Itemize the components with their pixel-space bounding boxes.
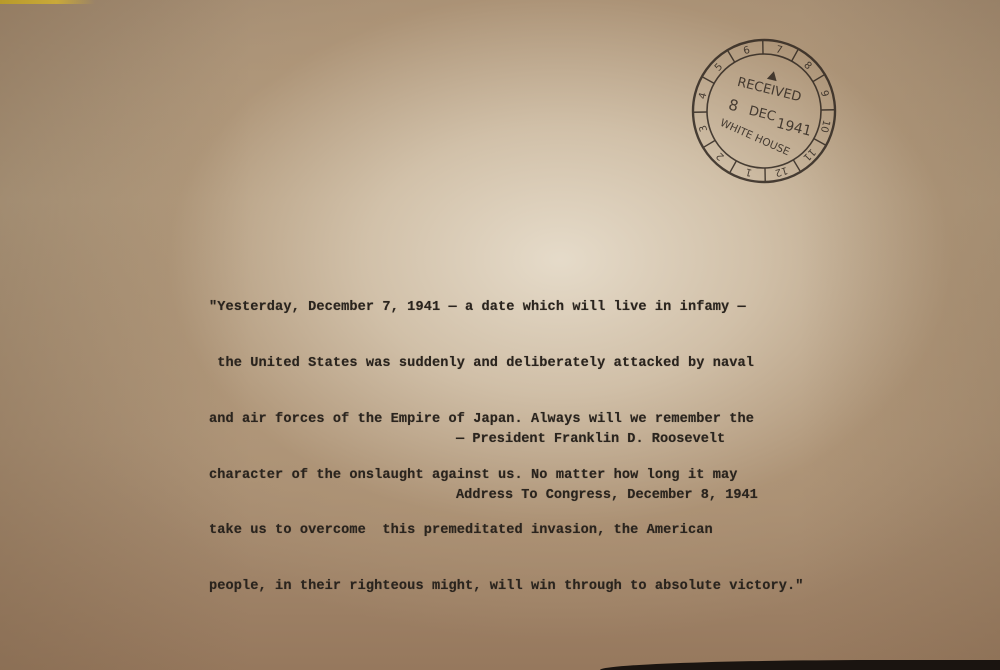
stamp-day: 8 [727, 96, 741, 116]
stamp-month: DEC [747, 104, 777, 125]
top-edge-strip [0, 0, 95, 4]
stamp-ring-number: 7 [775, 44, 784, 56]
quote-line: "Yesterday, December 7, 1941 — a date wh… [209, 299, 804, 318]
stamp-ring-number: 9 [818, 89, 830, 98]
attribution: — President Franklin D. Roosevelt Addres… [456, 394, 758, 524]
quote-line: take us to overcome this premeditated in… [209, 522, 804, 541]
stamp-year: 1941 [775, 116, 813, 140]
quote-line: people, in their righteous might, will w… [209, 578, 804, 597]
stamp-ring-number: 4 [697, 91, 709, 100]
stamp-ring-number: 3 [698, 124, 710, 133]
attribution-source: Address To Congress, December 8, 1941 [456, 487, 758, 506]
stamp-label: RECEIVED [736, 75, 803, 105]
triangle-marker-icon [767, 70, 779, 81]
attribution-author: — President Franklin D. Roosevelt [456, 431, 758, 450]
quote-line: the United States was suddenly and delib… [209, 355, 804, 374]
stamp-ring-number: 1 [744, 166, 753, 178]
stamp-ring-number: 6 [742, 45, 751, 57]
